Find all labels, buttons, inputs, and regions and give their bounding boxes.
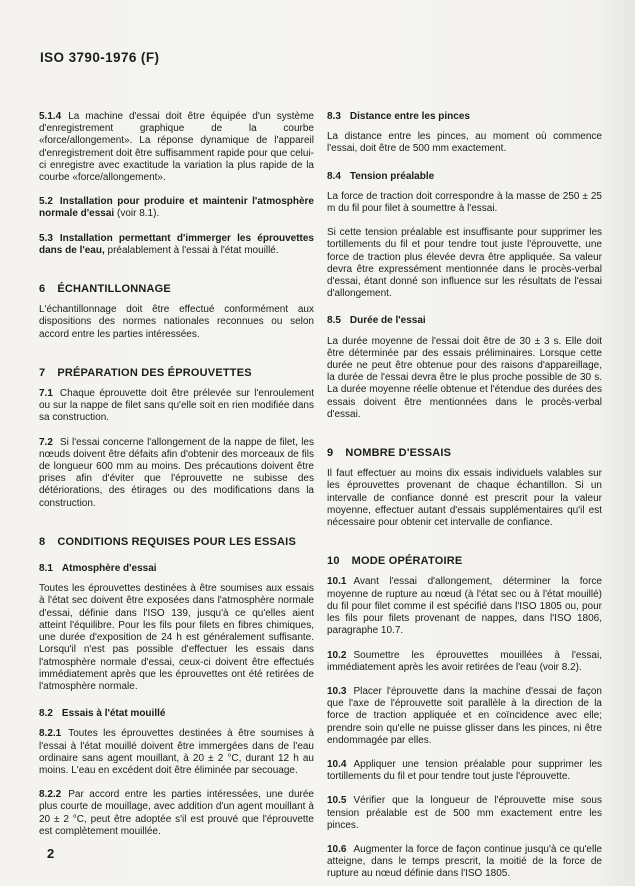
subsection-title: Tension préalable: [350, 171, 434, 182]
section-9-body: Il faut effectuer au moins dix essais in…: [327, 468, 602, 529]
section-number: 7: [39, 367, 45, 379]
subsection-8-5-body: La durée moyenne de l'essai doit être de…: [327, 336, 602, 421]
page-number: 2: [47, 846, 54, 861]
subsection-heading-8-3: 8.3Distance entre les pinces: [327, 111, 602, 123]
subsection-heading-8-4: 8.4Tension préalable: [327, 171, 602, 183]
section-heading-8: 8CONDITIONS REQUISES POUR LES ESSAIS: [39, 536, 314, 548]
clause-number: 10.1: [327, 576, 346, 587]
clause-number: 5.2: [39, 196, 53, 207]
clause-5-2: 5.2Installation pour produire et mainten…: [39, 196, 314, 220]
subsection-number: 8.5: [327, 315, 341, 326]
clause-text: Avant l'essai d'allongement, déterminer …: [327, 576, 602, 636]
clause-5-3: 5.3Installation permettant d'immerger le…: [39, 233, 314, 257]
section-heading-7: 7PRÉPARATION DES ÉPROUVETTES: [39, 367, 314, 379]
subsection-title: Atmosphère d'essai: [62, 563, 157, 574]
subsection-number: 8.4: [327, 171, 341, 182]
clause-text: Placer l'éprouvette dans la machine d'es…: [327, 686, 602, 746]
clause-number: 5.1.4: [39, 111, 61, 122]
clause-10-2: 10.2Soumettre les éprouvettes mouillées …: [327, 650, 602, 674]
subsection-number: 8.1: [39, 563, 53, 574]
clause-text: Augmenter la force de façon continue jus…: [327, 844, 602, 879]
section-6-body: L'échantillonnage doit être effectué con…: [39, 304, 314, 341]
clause-number: 10.5: [327, 795, 346, 806]
clause-10-1: 10.1Avant l'essai d'allongement, détermi…: [327, 576, 602, 637]
clause-text: Vérifier que la longueur de l'éprouvette…: [327, 795, 602, 830]
clause-10-4: 10.4Appliquer une tension préalable pour…: [327, 759, 602, 783]
subsection-heading-8-5: 8.5Durée de l'essai: [327, 315, 602, 327]
section-title: CONDITIONS REQUISES POUR LES ESSAIS: [57, 536, 296, 548]
section-number: 10: [327, 555, 340, 567]
clause-10-3: 10.3Placer l'éprouvette dans la machine …: [327, 686, 602, 747]
clause-10-5: 10.5Vérifier que la longueur de l'éprouv…: [327, 795, 602, 832]
clause-text: Toutes les éprouvettes destinées à être …: [39, 728, 314, 776]
subsection-8-4-body-2: Si cette tension préalable est insuffisa…: [327, 227, 602, 300]
subsection-title: Essais à l'état mouillé: [62, 708, 166, 719]
subsection-heading-8-2: 8.2Essais à l'état mouillé: [39, 708, 314, 720]
clause-text: Appliquer une tension préalable pour sup…: [327, 759, 602, 782]
clause-10-6: 10.6Augmenter la force de façon continue…: [327, 844, 602, 881]
clause-text: Si l'essai concerne l'allongement de la …: [39, 437, 314, 509]
clause-number: 7.1: [39, 388, 53, 399]
subsection-heading-8-1: 8.1Atmosphère d'essai: [39, 563, 314, 575]
section-title: MODE OPÉRATOIRE: [352, 555, 463, 567]
section-title: ÉCHANTILLONNAGE: [57, 283, 171, 295]
section-heading-6: 6ÉCHANTILLONNAGE: [39, 283, 314, 295]
clause-number: 10.4: [327, 759, 346, 770]
subsection-8-3-body: La distance entre les pinces, au moment …: [327, 131, 602, 155]
clause-text: La machine d'essai doit être équipée d'u…: [39, 111, 314, 183]
subsection-title: Distance entre les pinces: [350, 111, 470, 122]
clause-text: préalablement à l'essai à l'état mouillé…: [108, 245, 279, 256]
clause-8-2-2: 8.2.2Par accord entre les parties intére…: [39, 789, 314, 838]
subsection-8-1-body: Toutes les éprouvettes destinées à être …: [39, 583, 314, 693]
clause-text: (voir 8.1).: [117, 208, 159, 219]
clause-text: Par accord entre les parties intéressées…: [39, 789, 314, 837]
clause-number: 10.2: [327, 650, 346, 661]
section-number: 6: [39, 283, 45, 295]
clause-8-2-1: 8.2.1Toutes les éprouvettes destinées à …: [39, 728, 314, 777]
section-title: NOMBRE D'ESSAIS: [345, 447, 451, 459]
section-number: 8: [39, 536, 45, 548]
subsection-number: 8.2: [39, 708, 53, 719]
clause-5-1-4: 5.1.4La machine d'essai doit être équipé…: [39, 111, 314, 184]
clause-7-1: 7.1Chaque éprouvette doit être prélevée …: [39, 388, 314, 425]
clause-number: 8.2.1: [39, 728, 61, 739]
subsection-number: 8.3: [327, 111, 341, 122]
clause-lead-text: Installation pour produire et maintenir …: [39, 196, 314, 219]
clause-number: 7.2: [39, 437, 53, 448]
section-number: 9: [327, 447, 333, 459]
document-reference: ISO 3790-1976 (F): [40, 50, 159, 65]
subsection-8-4-body-1: La force de traction doit correspondre à…: [327, 191, 602, 215]
section-title: PRÉPARATION DES ÉPROUVETTES: [57, 367, 251, 379]
clause-text: Soumettre les éprouvettes mouillées à l'…: [327, 650, 602, 673]
clause-number: 10.6: [327, 844, 346, 855]
clause-number: 10.3: [327, 686, 346, 697]
document-page: ISO 3790-1976 (F) 5.1.4La machine d'essa…: [0, 0, 635, 886]
clause-number: 5.3: [39, 233, 53, 244]
clause-7-2: 7.2Si l'essai concerne l'allongement de …: [39, 437, 314, 510]
clause-text: Chaque éprouvette doit être prélevée sur…: [39, 388, 314, 423]
right-column: 8.3Distance entre les pinces La distance…: [327, 111, 602, 886]
section-heading-10: 10MODE OPÉRATOIRE: [327, 555, 602, 567]
subsection-title: Durée de l'essai: [350, 315, 426, 326]
section-heading-9: 9NOMBRE D'ESSAIS: [327, 447, 602, 459]
left-column: 5.1.4La machine d'essai doit être équipé…: [39, 111, 314, 886]
two-column-layout: 5.1.4La machine d'essai doit être équipé…: [39, 111, 602, 886]
clause-number: 8.2.2: [39, 789, 61, 800]
